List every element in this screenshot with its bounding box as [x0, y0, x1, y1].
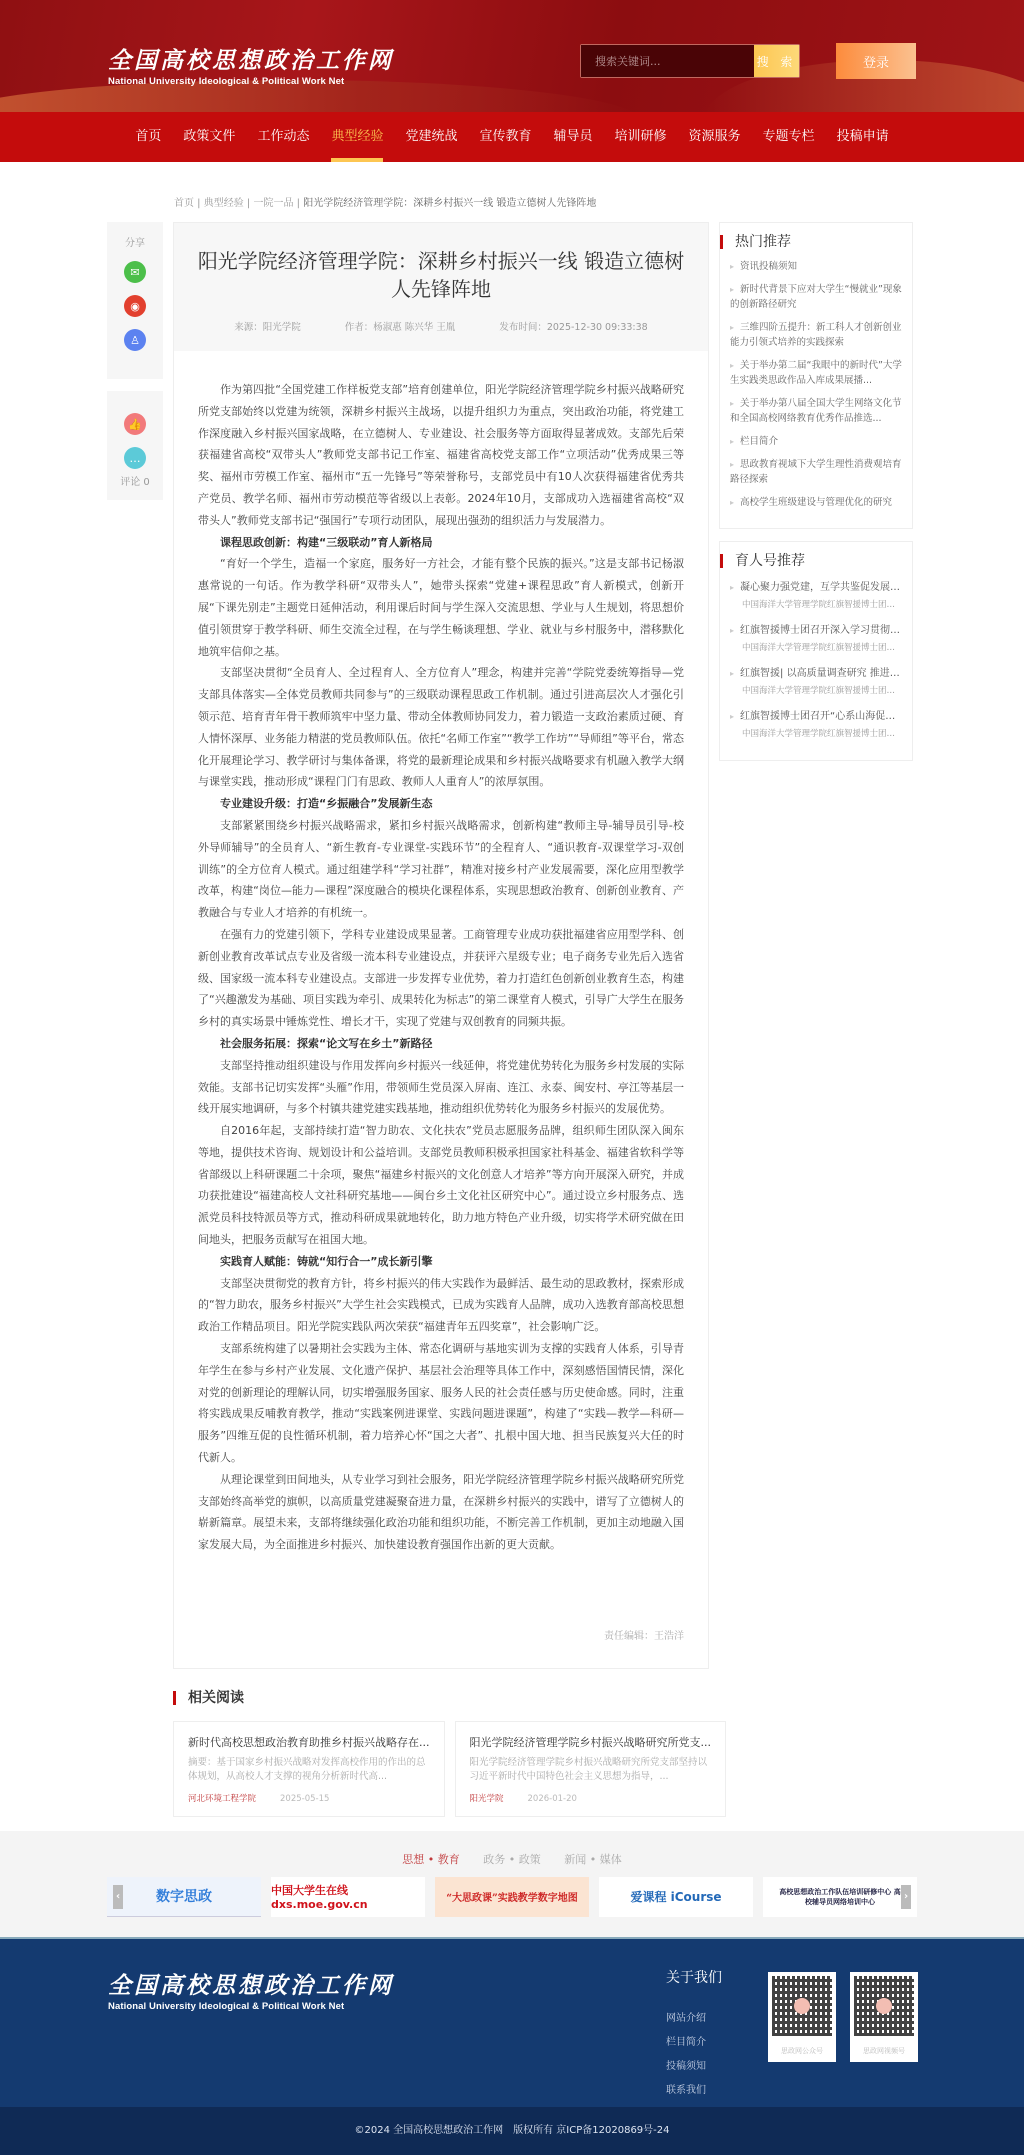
article-meta: 来源：阳光学院 作者：杨淑惠 陈兴华 王胤 发布时间：2025-12-30 09… [184, 319, 698, 333]
yurenhao-item[interactable]: 红旗智援| 以高质量调查研究 推进乡...中国海洋大学管理学院红旗智援博士团党支… [730, 664, 902, 696]
thumbs-up-icon[interactable]: 👍 [124, 413, 146, 435]
article-editor: 责任编辑：王浩洋 [198, 1626, 684, 1648]
breadcrumb-current: 阳光学院经济管理学院：深耕乡村振兴一线 锻造立德树人先锋阵地 [303, 198, 596, 209]
login-button[interactable]: 登录 [836, 43, 916, 79]
link-logo-training-center[interactable]: 高校思想政治工作队伍培训研修中心 高校辅导员网络培训中心 › [763, 1877, 917, 1917]
nav-item-counselor[interactable]: 辅导员 [543, 112, 604, 162]
breadcrumb: 首页 | 典型经验 | 一院一品 | 阳光学院经济管理学院：深耕乡村振兴一线 锻… [107, 162, 917, 222]
related-source: 阳光学院 [470, 1794, 504, 1804]
article-body: 作为第四批“全国党建工作样板党支部”培育创建单位，阳光学院经济管理学院乡村振兴战… [174, 351, 708, 1668]
related-title: 新时代高校思想政治教育助推乡村振兴战略存在... [188, 1734, 430, 1750]
related-desc: 摘要：基于国家乡村振兴战略对发挥高校作用的作出的总体规划，从高校人才支撑的视角分… [188, 1756, 430, 1784]
paragraph: 从理论课堂到田间地头，从专业学习到社会服务，阳光学院经济管理学院乡村振兴战略研究… [198, 1469, 684, 1556]
paragraph: 在强有力的党建引领下，学科专业建设成果显著。工商管理专业成功获批福建省应用型学科… [198, 924, 684, 1033]
carousel-prev-icon[interactable]: ‹ [113, 1885, 123, 1909]
site-name-en: National University Ideological & Politi… [108, 76, 394, 87]
hot-item[interactable]: 三维四阶五提升：新工科人才创新创业能力引领式培养的实践探索 [730, 320, 902, 350]
about-us: 关于我们 网站介绍 栏目简介 投稿须知 联系我们 [666, 1967, 722, 2105]
search-button[interactable]: 搜 索 [754, 45, 799, 77]
site-logo[interactable]: 全国高校思想政治工作网 National University Ideologi… [108, 42, 394, 87]
tab-news-media[interactable]: 新闻 • 媒体 [564, 1853, 621, 1866]
breadcrumb-home[interactable]: 首页 [174, 198, 194, 209]
comment-count[interactable]: 评论 0 [107, 473, 163, 488]
paragraph: “育好一个学生，造福一个家庭，服务好一方社会，才能有整个民族的振兴。”这是支部书… [198, 553, 684, 662]
section-heading: 课程思政创新：构建“三级联动”育人新格局 [198, 532, 684, 554]
related-card[interactable]: 阳光学院经济管理学院乡村振兴战略研究所党支... 阳光学院经济管理学院乡村振兴战… [455, 1721, 727, 1817]
paragraph: 支部坚决贯彻“全员育人、全过程育人、全方位育人”理念，构建并完善“学院党委统筹指… [198, 662, 684, 793]
link-logo-dasizheng-map[interactable]: “大思政课”实践教学数字地图 [435, 1877, 589, 1917]
nav-item-publicity[interactable]: 宣传教育 [468, 112, 542, 162]
nav-item-topics[interactable]: 专题专栏 [752, 112, 826, 162]
related-date: 2025-05-15 [280, 1794, 329, 1804]
related-source: 河北环境工程学院 [188, 1794, 256, 1804]
tab-ideology-education[interactable]: 思想 • 教育 [402, 1853, 459, 1866]
footer-link-submission[interactable]: 投稿须知 [666, 2057, 722, 2072]
related-date: 2026-01-20 [528, 1794, 577, 1804]
share-label: 分享 [107, 234, 163, 249]
link-logo-dxs[interactable]: 中国大学生在线 dxs.moe.gov.cn [271, 1877, 425, 1917]
section-heading: 社会服务拓展：探索“论文写在乡土”新路径 [198, 1033, 684, 1055]
section-heading: 实践育人赋能：铸就“知行合一”成长新引擎 [198, 1251, 684, 1273]
paragraph: 作为第四批“全国党建工作样板党支部”培育创建单位，阳光学院经济管理学院乡村振兴战… [198, 379, 684, 532]
tab-government-policy[interactable]: 政务 • 政策 [483, 1853, 540, 1866]
nav-item-resources[interactable]: 资源服务 [678, 112, 752, 162]
hot-recommend-panel: 热门推荐 资讯投稿须知 新时代背景下应对大学生“慢就业”现象的创新路径研究 三维… [719, 222, 913, 529]
right-sidebar: 热门推荐 资讯投稿须知 新时代背景下应对大学生“慢就业”现象的创新路径研究 三维… [719, 222, 913, 1669]
article-time: 发布时间：2025-12-30 09:33:38 [499, 319, 647, 333]
main-nav: 首页 政策文件 工作动态 典型经验 党建统战 宣传教育 辅导员 培训研修 资源服… [0, 112, 1024, 162]
carousel-next-icon[interactable]: › [901, 1885, 911, 1909]
hot-item[interactable]: 栏目简介 [730, 434, 902, 449]
search-bar: 搜 索 [580, 44, 800, 78]
panel-title: 育人号推荐 [720, 554, 902, 568]
breadcrumb-typical[interactable]: 典型经验 [204, 198, 244, 209]
yurenhao-item[interactable]: 凝心聚力强党建，互学共鉴促发展 —...中国海洋大学管理学院红旗智援博士团党支.… [730, 578, 902, 610]
friend-links: 思想 • 教育 政务 • 政策 新闻 • 媒体 ‹ 数字思政 中国大学生在线 d… [0, 1831, 1024, 1937]
nav-item-training[interactable]: 培训研修 [604, 112, 678, 162]
related-card[interactable]: 新时代高校思想政治教育助推乡村振兴战略存在... 摘要：基于国家乡村振兴战略对发… [173, 1721, 445, 1817]
section-heading: 专业建设升级：打造“乡振融合”发展新生态 [198, 793, 684, 815]
related-reading: 相关阅读 新时代高校思想政治教育助推乡村振兴战略存在... 摘要：基于国家乡村振… [173, 1691, 709, 1817]
link-logo-icourse[interactable]: 爱课程 iCourse [599, 1877, 753, 1917]
footer-link-contact[interactable]: 联系我们 [666, 2081, 722, 2096]
section-title: 相关阅读 [173, 1691, 709, 1705]
panel-title: 热门推荐 [720, 235, 902, 249]
qr-code-icon [772, 1976, 832, 2036]
yurenhao-panel: 育人号推荐 凝心聚力强党建，互学共鉴促发展 —...中国海洋大学管理学院红旗智援… [719, 541, 913, 761]
nav-item-typical-experience[interactable]: 典型经验 [320, 112, 394, 162]
nav-item-policy[interactable]: 政策文件 [172, 112, 246, 162]
hot-item[interactable]: 资讯投稿须知 [730, 259, 902, 274]
hot-item[interactable]: 高校学生班级建设与管理优化的研究 [730, 495, 902, 510]
qr-code-icon [854, 1976, 914, 2036]
paragraph: 自2016年起，支部持续打造“智力助农、文化扶农”党员志愿服务品牌，组织师生团队… [198, 1120, 684, 1251]
qr-code-video-channel: 思政网视频号 [850, 1972, 918, 2062]
article-author: 作者：杨淑惠 陈兴华 王胤 [345, 319, 456, 333]
site-footer: 全国高校思想政治工作网 National University Ideologi… [0, 1937, 1024, 2107]
footer-logo: 全国高校思想政治工作网 National University Ideologi… [108, 1967, 394, 2012]
hot-item[interactable]: 新时代背景下应对大学生“慢就业”现象的创新路径研究 [730, 282, 902, 312]
about-title: 关于我们 [666, 1967, 722, 1987]
hot-item[interactable]: 关于举办第八届全国大学生网络文化节和全国高校网络教育优秀作品推选... [730, 396, 902, 426]
site-name-cn: 全国高校思想政治工作网 [108, 42, 394, 75]
nav-item-party[interactable]: 党建统战 [394, 112, 468, 162]
paragraph: 支部紧紧围绕乡村振兴战略需求，紧扣乡村振兴战略需求，创新构建“教师主导-辅导员引… [198, 815, 684, 924]
related-desc: 阳光学院经济管理学院乡村振兴战略研究所党支部坚持以习近平新时代中国特色社会主义思… [470, 1756, 712, 1784]
related-title: 阳光学院经济管理学院乡村振兴战略研究所党支... [470, 1734, 712, 1750]
nav-item-home[interactable]: 首页 [124, 112, 172, 162]
hot-item[interactable]: 关于举办第二届“我眼中的新时代”大学生实践类思政作品入库成果展播... [730, 358, 902, 388]
site-header: 全国高校思想政治工作网 National University Ideologi… [0, 0, 1024, 112]
yurenhao-item[interactable]: 红旗智援博士团召开深入学习贯彻习...中国海洋大学管理学院红旗智援博士团党支..… [730, 621, 902, 653]
article-source: 来源：阳光学院 [234, 319, 301, 333]
paragraph: 支部坚持推动组织建设与作用发挥向乡村振兴一线延伸，将党建优势转化为服务乡村发展的… [198, 1055, 684, 1120]
article-title: 阳光学院经济管理学院：深耕乡村振兴一线 锻造立德树人先锋阵地 [184, 247, 698, 303]
paragraph: 支部系统构建了以暑期社会实践为主体、常态化调研与基地实训为支撑的实践育人体系，引… [198, 1338, 684, 1469]
footer-link-column-intro[interactable]: 栏目简介 [666, 2033, 722, 2048]
qr-code-wechat-official: 思政网公众号 [768, 1972, 836, 2062]
search-input[interactable] [581, 45, 754, 77]
wechat-icon[interactable]: ✉ [124, 261, 146, 283]
link-tabs: 思想 • 教育 政务 • 政策 新闻 • 媒体 [0, 1851, 1024, 1867]
paragraph: 支部坚决贯彻党的教育方针，将乡村振兴的伟大实践作为最鲜活、最生动的思政教材，探索… [198, 1273, 684, 1338]
breadcrumb-yiyuanyipin[interactable]: 一院一品 [253, 198, 293, 209]
share-sidebar: 分享 ✉ ◉ ♙ 👍 … 评论 0 [107, 222, 163, 1669]
yurenhao-item[interactable]: 红旗智援博士团召开“心系山海促发...中国海洋大学管理学院红旗智援博士团党支..… [730, 707, 902, 739]
comment-icon[interactable]: … [124, 447, 146, 469]
footer-link-site-intro[interactable]: 网站介绍 [666, 2009, 722, 2024]
article: 阳光学院经济管理学院：深耕乡村振兴一线 锻造立德树人先锋阵地 来源：阳光学院 作… [173, 222, 709, 1669]
link-logo-digital-szheng[interactable]: ‹ 数字思政 [107, 1877, 261, 1917]
nav-item-submit[interactable]: 投稿申请 [826, 112, 900, 162]
qq-icon[interactable]: ♙ [124, 329, 146, 351]
copyright: ©2024 全国高校思想政治工作网 版权所有 京ICP备12020869号-24 [0, 2107, 1024, 2155]
weibo-icon[interactable]: ◉ [124, 295, 146, 317]
hot-item[interactable]: 思政教育视域下大学生理性消费观培育路径探索 [730, 457, 902, 487]
nav-item-news[interactable]: 工作动态 [246, 112, 320, 162]
